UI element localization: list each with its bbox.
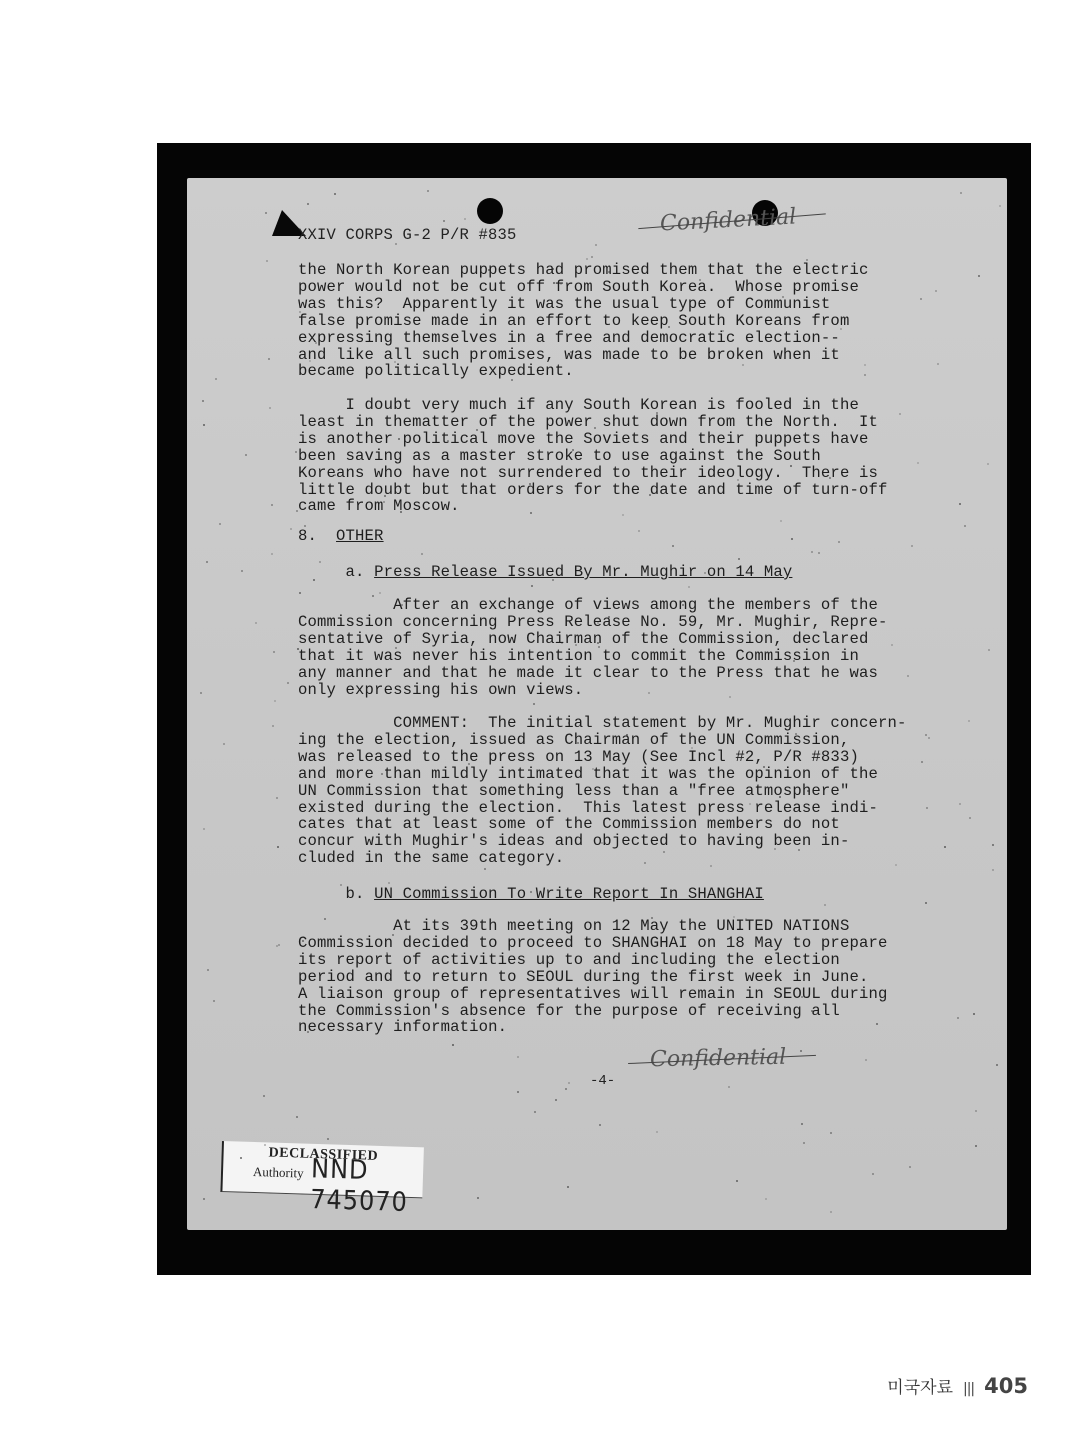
subsection-a-heading: a. Press Release Issued By Mr. Mughir on… [298, 564, 792, 581]
paragraph-press-release: After an exchange of views among the mem… [298, 597, 887, 698]
speck [937, 363, 939, 365]
speck [960, 192, 962, 194]
speck [395, 647, 397, 649]
speck [269, 407, 271, 409]
speck [921, 761, 923, 763]
speck [255, 622, 257, 624]
subsection-a-letter: a. [346, 563, 365, 581]
subsection-b-heading: b. UN Commission To Write Report In SHAN… [298, 886, 764, 903]
speck [400, 511, 402, 513]
speck [876, 1023, 878, 1025]
punch-hole-left [477, 198, 503, 224]
speck [296, 510, 298, 512]
speck [791, 538, 793, 540]
speck [710, 865, 712, 867]
speck [484, 868, 486, 870]
speck [277, 846, 279, 848]
speck [824, 904, 826, 906]
speck [553, 282, 555, 284]
speck [656, 412, 658, 414]
speck [806, 259, 808, 261]
footer-separator: ||| [963, 1381, 974, 1397]
speck [761, 979, 763, 981]
speck [830, 1211, 832, 1213]
document-header: XXIV CORPS G-2 P/R #835 [298, 226, 517, 244]
stamp-authority-label: Authority [253, 1164, 304, 1182]
speck [297, 648, 299, 650]
speck [790, 465, 792, 467]
speck [207, 969, 209, 971]
speck [206, 561, 208, 563]
speck [925, 734, 927, 736]
section-number: 8. [298, 527, 317, 545]
speck [831, 925, 833, 927]
paragraph-comment: COMMENT: The initial statement by Mr. Mu… [298, 715, 907, 867]
page-footer: 미국자료 ||| 405 [887, 1373, 1028, 1398]
speck [530, 512, 532, 514]
speck [597, 642, 599, 644]
speck [957, 1017, 959, 1019]
speck [763, 766, 765, 768]
paragraph-continuation: the North Korean puppets had promised th… [298, 262, 868, 380]
speck [733, 916, 735, 918]
speck [517, 1091, 519, 1093]
speck [529, 483, 531, 485]
speck [975, 1110, 977, 1112]
section-heading: 8. OTHER [298, 528, 384, 545]
speck [336, 1010, 338, 1012]
speck [599, 1124, 601, 1126]
speck [795, 733, 797, 735]
speck [203, 1198, 205, 1200]
speck [274, 700, 276, 702]
speck [864, 374, 866, 376]
speck [996, 1064, 998, 1066]
speck [964, 525, 966, 527]
speck [608, 616, 610, 618]
speck [729, 696, 731, 698]
speck [811, 1010, 813, 1012]
speck [452, 1044, 454, 1046]
speck [925, 902, 927, 904]
speck [780, 520, 782, 522]
speck [975, 1145, 977, 1147]
speck [935, 290, 937, 292]
paragraph-doubt: I doubt very much if any South Korean is… [298, 397, 887, 515]
speck [448, 824, 450, 826]
footer-page-number: 405 [984, 1374, 1028, 1398]
speck [379, 592, 381, 594]
speck [968, 720, 970, 722]
speck [334, 193, 336, 195]
speck [264, 1144, 266, 1146]
handwritten-confidential-bottom: Confidential [650, 1045, 787, 1072]
stamp-authority-code: NND 745070 [310, 1153, 424, 1218]
speck [591, 256, 593, 258]
section-title: OTHER [336, 527, 384, 545]
speck [999, 205, 1001, 207]
speck [644, 862, 646, 864]
speck [552, 579, 554, 581]
speck [215, 378, 217, 380]
speck [203, 424, 205, 426]
speck [726, 269, 728, 271]
speck [401, 604, 403, 606]
speck [594, 427, 596, 429]
speck [534, 1111, 536, 1113]
subsection-b-letter: b. [346, 885, 365, 903]
speck [601, 842, 603, 844]
speck [552, 268, 554, 270]
speck [567, 1186, 569, 1188]
speck [738, 558, 740, 560]
speck [334, 474, 336, 476]
speck [577, 742, 579, 744]
speck [572, 449, 574, 451]
speck [801, 996, 803, 998]
subsection-b-title: UN Commission To Write Report In SHANGHA… [374, 885, 764, 903]
speck [626, 734, 628, 736]
speck [595, 244, 597, 246]
speck [533, 703, 535, 705]
speck [742, 364, 744, 366]
speck [872, 1173, 874, 1175]
speck [324, 918, 326, 920]
speck [688, 586, 690, 588]
speck [472, 298, 474, 300]
speck [973, 1013, 975, 1015]
speck [865, 1059, 867, 1061]
speck [476, 429, 478, 431]
speck [911, 545, 913, 547]
declassified-stamp: DECLASSIFIED Authority NND 745070 [220, 1141, 424, 1198]
speck [383, 501, 385, 503]
document-page-number: -4- [590, 1073, 615, 1089]
speck [987, 463, 989, 465]
speck [307, 1031, 309, 1033]
speck [200, 692, 202, 694]
subsection-a-title: Press Release Issued By Mr. Mughir on 14… [374, 563, 792, 581]
paragraph-shanghai-report: At its 39th meeting on 12 May the UNITED… [298, 918, 887, 1036]
footer-section-label: 미국자료 [887, 1373, 953, 1398]
speck [315, 342, 317, 344]
speck [395, 243, 397, 245]
